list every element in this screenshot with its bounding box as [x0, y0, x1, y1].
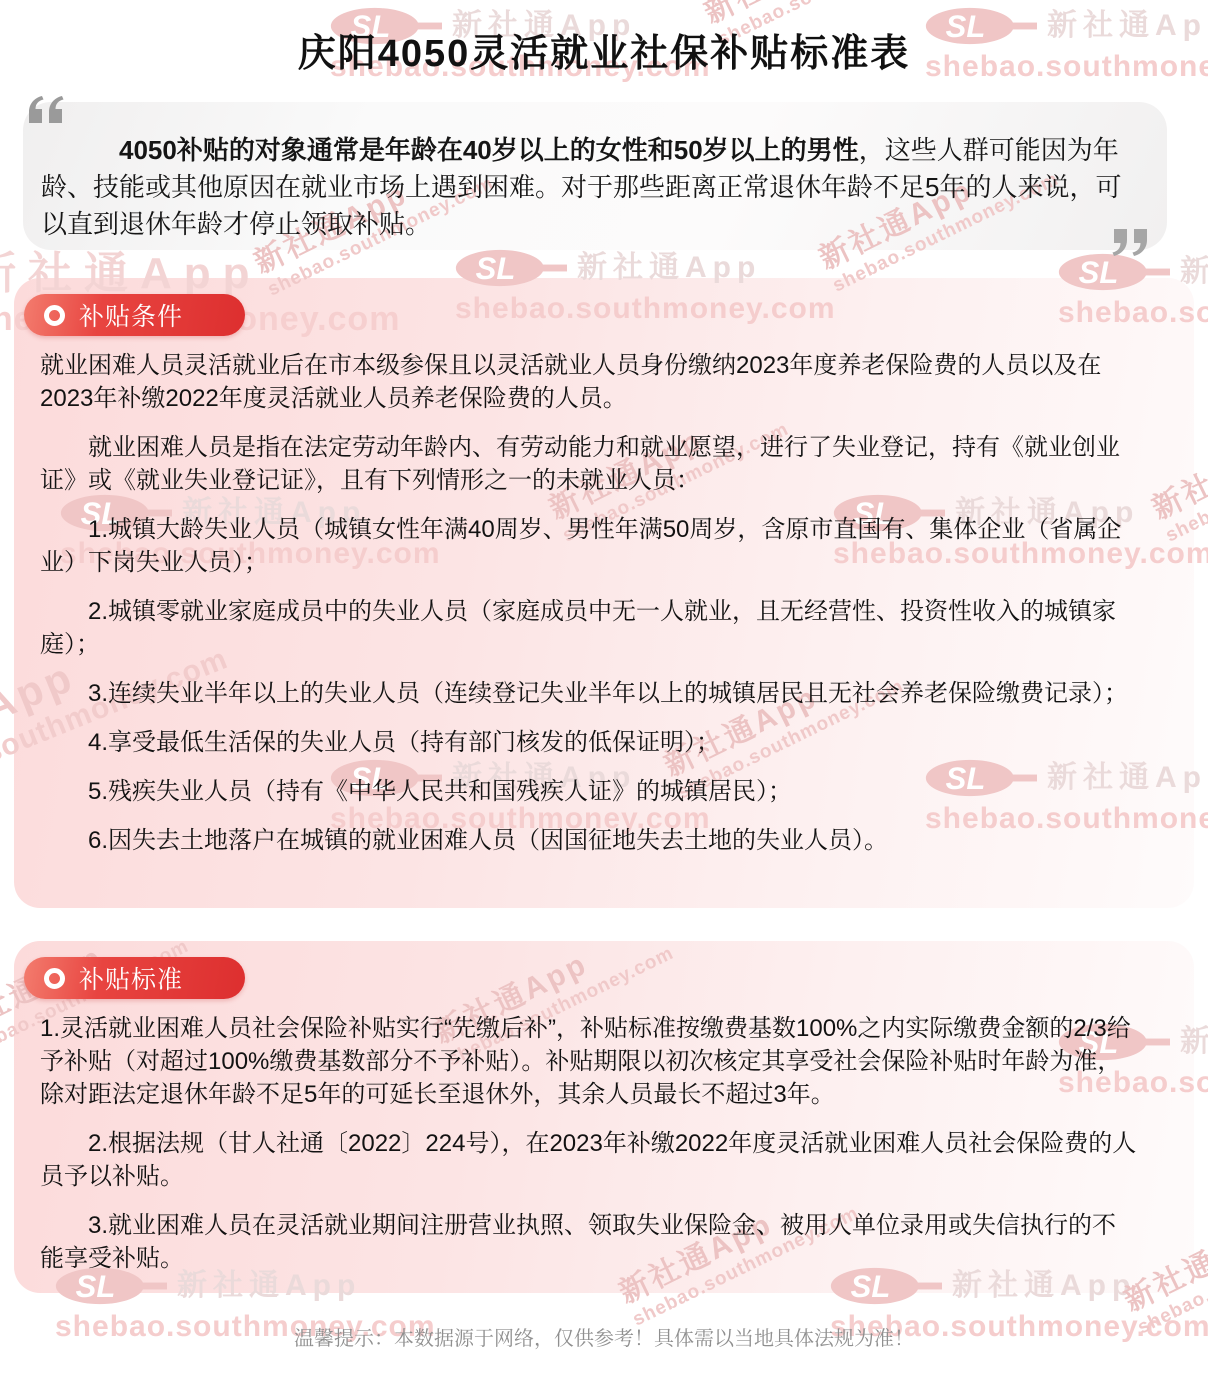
page-title: 庆阳4050灵活就业社保补贴标准表 — [0, 22, 1208, 77]
section-subsidy-conditions: 补贴条件 就业困难人员灵活就业后在市本级参保且以灵活就业人员身份缴纳2023年度… — [14, 278, 1194, 908]
section-heading-label: 补贴条件 — [79, 297, 183, 333]
paragraph: 就业困难人员灵活就业后在市本级参保且以灵活就业人员身份缴纳2023年度养老保险费… — [14, 349, 1194, 415]
section-heading-label: 补贴标准 — [79, 960, 183, 996]
watermark-brand: 新社通App — [0, 0, 81, 15]
section-heading-pill-standard: 补贴标准 — [24, 957, 245, 999]
list-item: 5.残疾失业人员（持有《中华人民共和国残疾人证》的城镇居民）； — [14, 775, 1194, 808]
footer-disclaimer: 温馨提示：本数据源于网络，仅供参考！具体需以当地具体法规为准！ — [0, 1322, 1208, 1351]
list-item: 2.城镇零就业家庭成员中的失业人员（家庭成员中无一人就业，且无经营性、投资性收入… — [14, 595, 1194, 661]
quote-text: 4050补贴的对象通常是年龄在40岁以上的女性和50岁以上的男性，这些人群可能因… — [23, 102, 1167, 243]
paragraph: 就业困难人员是指在法定劳动年龄内、有劳动能力和就业愿望，进行了失业登记，持有《就… — [14, 431, 1194, 497]
ring-icon — [44, 968, 65, 989]
paragraph: 2.根据法规（甘人社通〔2022〕224号），在2023年补缴2022年度灵活就… — [14, 1127, 1194, 1193]
paragraph: 1.灵活就业困难人员社会保险补贴实行“先缴后补”，补贴标准按缴费基数100%之内… — [14, 1012, 1194, 1111]
section-subsidy-standard: 补贴标准 1.灵活就业困难人员社会保险补贴实行“先缴后补”，补贴标准按缴费基数1… — [14, 941, 1194, 1293]
list-item: 3.连续失业半年以上的失业人员（连续登记失业半年以上的城镇居民且无社会养老保险缴… — [14, 677, 1194, 710]
list-item: 4.享受最低生活保的失业人员（持有部门核发的低保证明）； — [14, 726, 1194, 759]
quote-bold-text: 4050补贴的对象通常是年龄在40岁以上的女性和50岁以上的男性 — [119, 135, 859, 165]
paragraph: 3.就业困难人员在灵活就业期间注册营业执照、领取失业保险金、被用人单位录用或失信… — [14, 1209, 1194, 1275]
quote-box: 4050补贴的对象通常是年龄在40岁以上的女性和50岁以上的男性，这些人群可能因… — [23, 102, 1167, 250]
close-quote-icon — [1111, 224, 1147, 256]
ring-icon — [44, 305, 65, 326]
list-item: 1.城镇大龄失业人员（城镇女性年满40周岁、男性年满50周岁，含原市直国有、集体… — [14, 513, 1194, 579]
section-heading-pill-conditions: 补贴条件 — [24, 294, 245, 336]
list-item: 6.因失去土地落户在城镇的就业困难人员（因国征地失去土地的失业人员）。 — [14, 824, 1194, 857]
